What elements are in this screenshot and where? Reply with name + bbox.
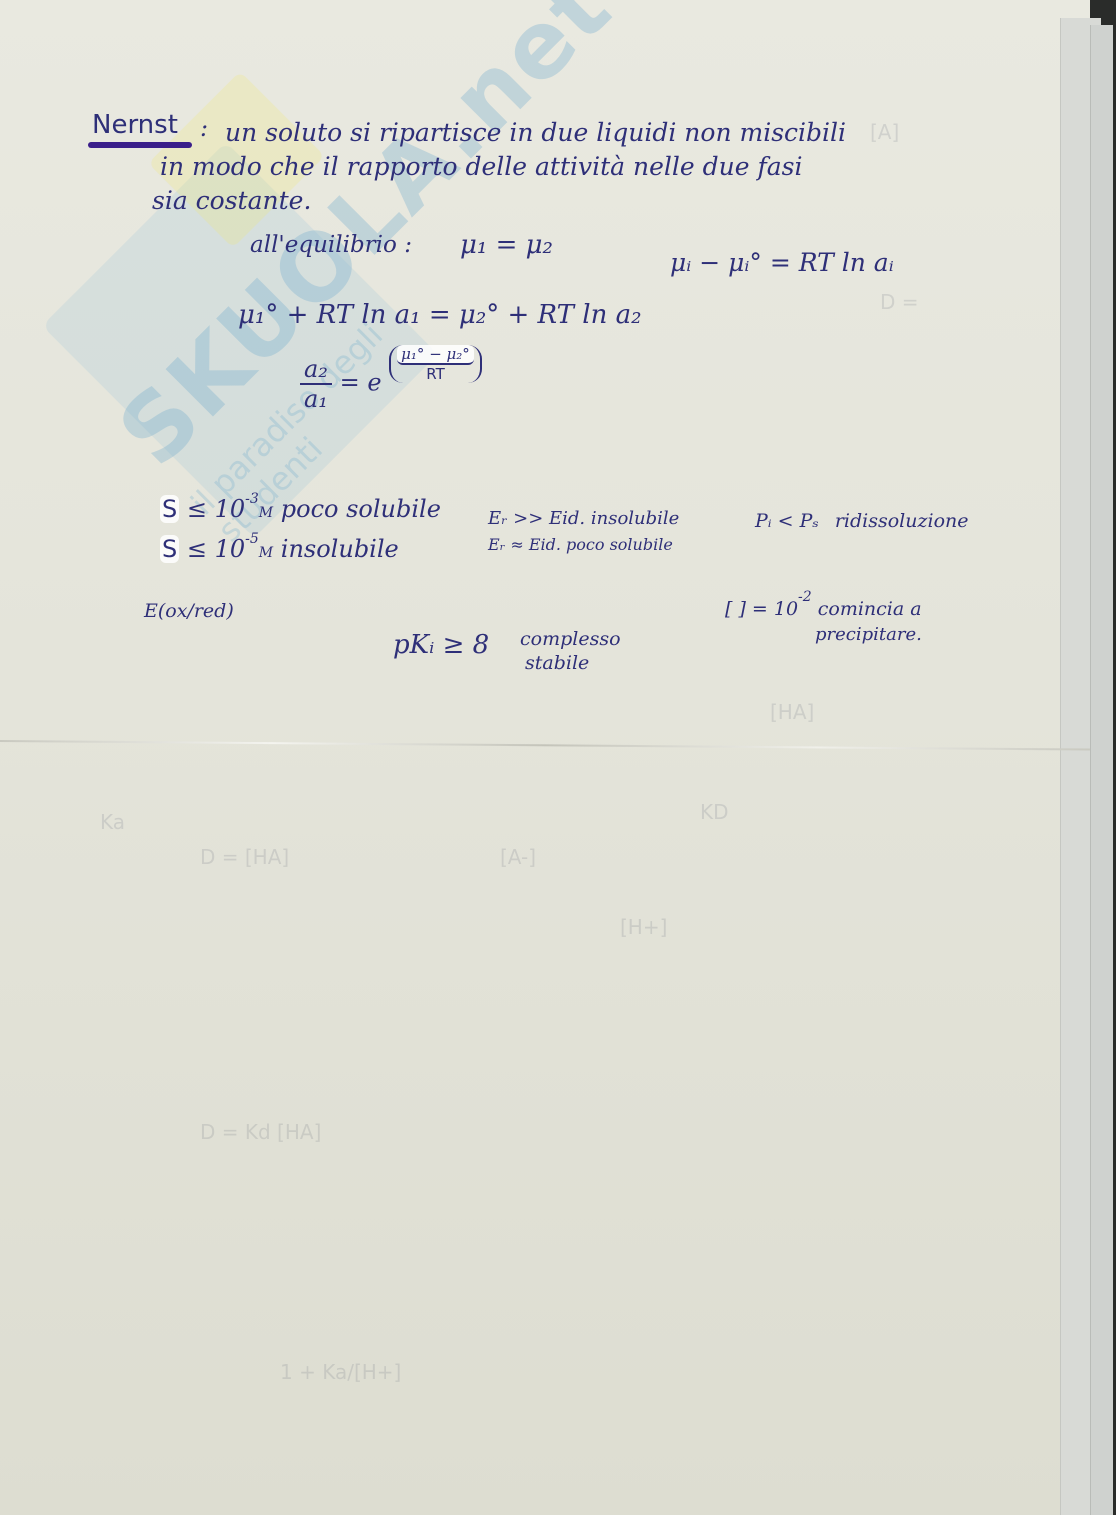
definition-line-3: sia costante. bbox=[152, 186, 311, 215]
energy-label: insolubile bbox=[591, 508, 679, 529]
energy-row-1: Eᵣ >> Eid. insolubile bbox=[488, 508, 679, 529]
complex-condition: pKᵢ ≥ 8 bbox=[393, 630, 489, 660]
equilibrium-label: all'equilibrio : bbox=[250, 232, 412, 258]
precipitation-row: Pᵢ < Pₛ ridissoluzione bbox=[755, 510, 969, 532]
solubility-unit: M bbox=[259, 545, 273, 561]
paper-fold-line bbox=[0, 740, 1090, 751]
complex-label-1: complesso bbox=[520, 628, 621, 650]
energy-expression: Eᵣ >> Eid. bbox=[488, 508, 585, 529]
bleed-text: [A] bbox=[870, 120, 899, 144]
heading-nernst: Nernst bbox=[92, 110, 178, 140]
solubility-relation: ≤ 10 bbox=[187, 495, 245, 523]
precipitation-expression: Pᵢ < Pₛ bbox=[755, 510, 819, 532]
solubility-row-2: S ≤ 10-5M insolubile bbox=[160, 535, 399, 563]
expanded-equation: μ₁° + RT ln a₁ = μ₂° + RT ln a₂ bbox=[238, 300, 642, 330]
bleed-text: D = [HA] bbox=[200, 845, 289, 869]
energy-row-2: Eᵣ ≈ Eid. poco solubile bbox=[488, 535, 673, 554]
solubility-symbol: S bbox=[160, 495, 179, 523]
complex-label-2: stabile bbox=[525, 652, 589, 674]
exponent-denominator: RT bbox=[397, 365, 474, 383]
concentration-label-1: comincia a bbox=[818, 598, 922, 620]
activity-ratio: a₂ a₁ = e μ₁° − μ₂° RT bbox=[300, 355, 482, 413]
energy-label: poco solubile bbox=[566, 535, 673, 554]
precipitation-label: ridissoluzione bbox=[835, 510, 969, 532]
definition-line-2: in modo che il rapporto delle attività n… bbox=[160, 152, 803, 181]
exponent-fraction: μ₁° − μ₂° RT bbox=[389, 345, 482, 383]
solubility-label: poco solubile bbox=[281, 495, 441, 523]
heading-underline bbox=[88, 142, 192, 148]
ratio-fraction: a₂ a₁ bbox=[300, 355, 332, 413]
solubility-unit: M bbox=[259, 505, 273, 521]
solubility-row-1: S ≤ 10-3M poco solubile bbox=[160, 495, 441, 523]
bleed-text: [A-] bbox=[500, 845, 536, 869]
solubility-exponent: -5 bbox=[245, 531, 259, 547]
energy-expression: Eᵣ ≈ Eid. bbox=[488, 535, 561, 554]
concentration-exponent: -2 bbox=[798, 589, 812, 605]
bleed-text: 1 + Ka/[H+] bbox=[280, 1360, 401, 1384]
bleed-text: D = bbox=[880, 290, 919, 314]
bleed-text: Ka bbox=[100, 810, 125, 834]
concentration-expression: [ ] = 10 bbox=[725, 598, 798, 620]
solubility-relation: ≤ 10 bbox=[187, 535, 245, 563]
equilibrium-equation: μ₁ = μ₂ bbox=[460, 230, 553, 260]
concentration-label-2: precipitare. bbox=[815, 624, 922, 645]
definition-line-1: un soluto si ripartisce in due liquidi n… bbox=[225, 118, 846, 147]
ratio-equals-e: = e bbox=[340, 369, 382, 397]
bleed-text: [HA] bbox=[770, 700, 814, 724]
exponent-numerator: μ₁° − μ₂° bbox=[397, 345, 474, 365]
solubility-symbol: S bbox=[160, 535, 179, 563]
heading-colon: : bbox=[200, 114, 208, 142]
ratio-numerator: a₂ bbox=[300, 355, 332, 385]
bleed-text: D = Kd [HA] bbox=[200, 1120, 321, 1144]
redox-potential: E(ox/red) bbox=[144, 600, 234, 622]
underlying-page-edge bbox=[1090, 25, 1113, 1515]
paper-sheet: [A] D = [HA] Ka [H+] D = [HA] [A-] KD D … bbox=[0, 0, 1090, 1515]
chemical-potential-equation: μᵢ − μᵢ° = RT ln aᵢ bbox=[670, 248, 894, 277]
ratio-denominator: a₁ bbox=[300, 385, 332, 413]
solubility-exponent: -3 bbox=[245, 491, 259, 507]
solubility-label: insolubile bbox=[281, 535, 399, 563]
bleed-text: [H+] bbox=[620, 915, 667, 939]
bleed-text: KD bbox=[700, 800, 729, 824]
concentration-row: [ ] = 10-2 comincia a bbox=[725, 598, 922, 620]
